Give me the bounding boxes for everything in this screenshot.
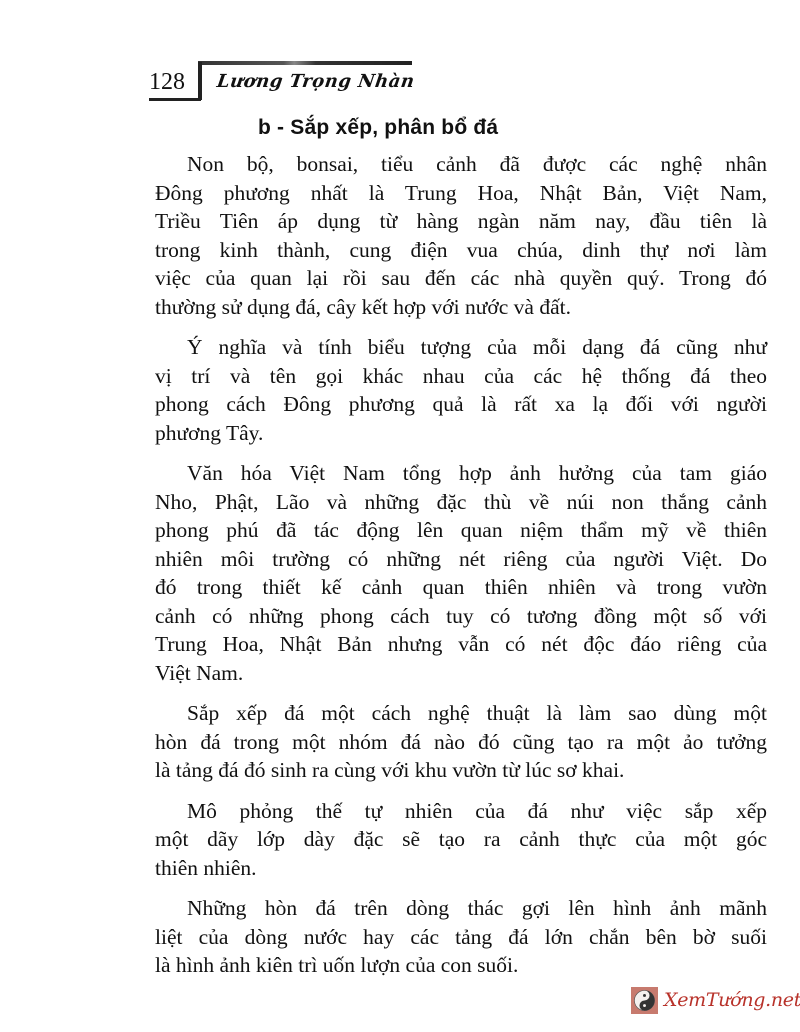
header-divider (198, 62, 202, 100)
paragraph: Non bộ, bonsai, tiểu cảnh đã được các ng… (155, 150, 767, 321)
text-line: Non bộ, bonsai, tiểu cảnh đã được các ng… (155, 150, 767, 179)
text-line: Ý nghĩa và tính biểu tượng của mỗi dạng … (155, 333, 767, 362)
text-line: liệt của dòng nước hay các tảng đá lớn c… (155, 923, 767, 952)
text-line: một dãy lớp dày đặc sẽ tạo ra cảnh thực … (155, 825, 767, 854)
running-header: 128 Lương Trọng Nhàn (149, 58, 419, 102)
text-line: Đông phương nhất là Trung Hoa, Nhật Bản,… (155, 179, 767, 208)
text-line: là hình ảnh kiên trì uốn lượn của con su… (155, 951, 767, 980)
text-line: phong cách Đông phương quả là rất xa lạ … (155, 390, 767, 419)
text-line: phương Tây. (155, 419, 767, 448)
paragraph: Văn hóa Việt Nam tổng hợp ảnh hưởng của … (155, 459, 767, 687)
watermark-text: XemTướng.net (664, 989, 800, 1011)
text-line: Những hòn đá trên dòng thác gợi lên hình… (155, 894, 767, 923)
page-number: 128 (149, 70, 185, 94)
author-name: Lương Trọng Nhàn (216, 71, 416, 92)
text-line: Văn hóa Việt Nam tổng hợp ảnh hưởng của … (155, 459, 767, 488)
text-line: đó trong thiết kế cảnh quan thiên nhiên … (155, 573, 767, 602)
paragraph: Những hòn đá trên dòng thác gợi lên hình… (155, 894, 767, 980)
header-rule (198, 61, 412, 65)
paragraph: Ý nghĩa và tính biểu tượng của mỗi dạng … (155, 333, 767, 447)
paragraph: Sắp xếp đá một cách nghệ thuật là làm sa… (155, 699, 767, 785)
text-line: việc của quan lại rồi sau đến các nhà qu… (155, 264, 767, 293)
text-line: vị trí và tên gọi khác nhau của các hệ t… (155, 362, 767, 391)
yin-yang-icon (631, 987, 658, 1014)
text-line: Sắp xếp đá một cách nghệ thuật là làm sa… (155, 699, 767, 728)
text-line: là tảng đá đó sinh ra cùng với khu vườn … (155, 756, 767, 785)
text-line: thiên nhiên. (155, 854, 767, 883)
text-line: hòn đá trong một nhóm đá nào đó cũng tạo… (155, 728, 767, 757)
text-line: Triều Tiên áp dụng từ hàng ngàn năm nay,… (155, 207, 767, 236)
text-line: nhiên môi trường có những nét riêng của … (155, 545, 767, 574)
text-line: trong kinh thành, cung điện vua chúa, di… (155, 236, 767, 265)
text-line: phong phú đã tác động lên quan niệm thẩm… (155, 516, 767, 545)
watermark-logo: XemTướng.net (631, 980, 800, 1020)
body-text: Non bộ, bonsai, tiểu cảnh đã được các ng… (155, 150, 767, 992)
text-line: Việt Nam. (155, 659, 767, 688)
text-line: Nho, Phật, Lão và những đặc thù về núi n… (155, 488, 767, 517)
page-number-underline (149, 98, 201, 101)
text-line: cảnh có những phong cách tuy có tương đồ… (155, 602, 767, 631)
section-heading: b - Sắp xếp, phân bổ đá (258, 116, 498, 140)
paragraph: Mô phỏng thế tự nhiên của đá như việc sắ… (155, 797, 767, 883)
text-line: thường sử dụng đá, cây kết hợp với nước … (155, 293, 767, 322)
text-line: Trung Hoa, Nhật Bản nhưng vẫn có nét độc… (155, 630, 767, 659)
book-page: 128 Lương Trọng Nhàn b - Sắp xếp, phân b… (0, 0, 800, 1032)
text-line: Mô phỏng thế tự nhiên của đá như việc sắ… (155, 797, 767, 826)
